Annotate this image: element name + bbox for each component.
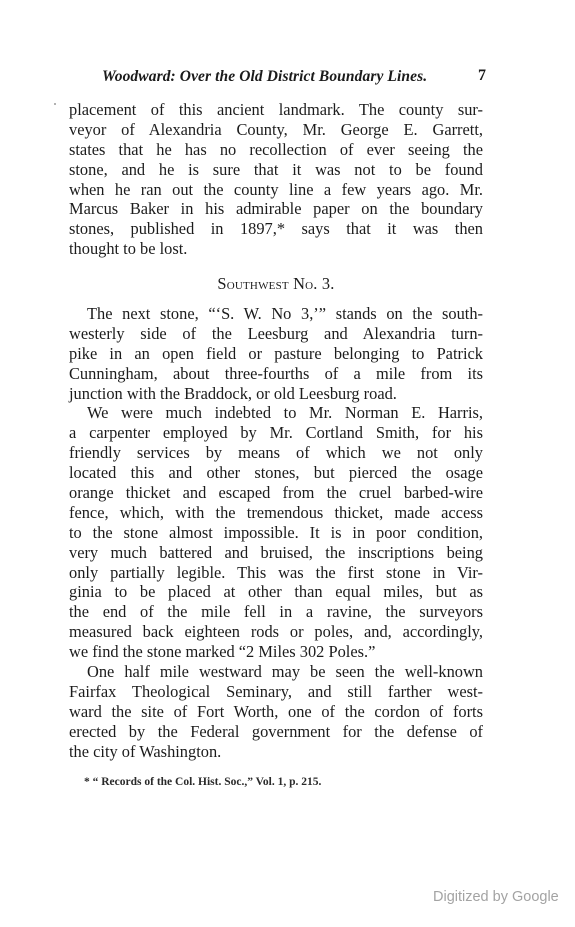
text-line: friendly services by means of which we n… [69,443,483,463]
text-line: to the stone almost impossible. It is in… [69,523,483,543]
text-line: placement of this ancient landmark. The … [69,100,483,120]
text-line: the end of the mile fell in a ravine, th… [69,602,483,622]
text-line: ward the site of Fort Worth, one of the … [69,702,483,722]
text-line: stones, published in 1897,* says that it… [69,219,483,239]
text-line: when he ran out the county line a few ye… [69,180,483,200]
scan-speck [54,103,56,105]
book-page: Woodward: Over the Old District Boundary… [0,0,575,927]
text-line: The next stone, “‘S. W. No 3,’” stands o… [69,304,483,324]
text-line: stone, and he is sure that it was not to… [69,160,483,180]
text-line: We were much indebted to Mr. Norman E. H… [69,403,483,423]
text-line: erected by the Federal government for th… [69,722,483,742]
page-number: 7 [478,67,486,85]
text-line: the city of Washington. [69,742,483,762]
running-head-title: Woodward: Over the Old District Boundary… [102,68,482,86]
text-line: thought to be lost. [69,239,483,259]
text-line: ginia to be placed at other than equal m… [69,582,483,602]
text-line: junction with the Braddock, or old Leesb… [69,384,483,404]
text-line: Cunningham, about three-fourths of a mil… [69,364,483,384]
body-text: placement of this ancient landmark. The … [69,100,483,762]
paragraph-continuation: placement of this ancient landmark. The … [69,100,483,259]
text-line: Fairfax Theological Seminary, and still … [69,682,483,702]
digitized-by-google-watermark: Digitized by Google [433,889,559,905]
text-line: pike in an open field or pasture belongi… [69,344,483,364]
text-line: veyor of Alexandria County, Mr. George E… [69,120,483,140]
text-line: One half mile westward may be seen the w… [69,662,483,682]
footnote: * “ Records of the Col. Hist. Soc.,” Vol… [84,776,321,788]
text-line: very much battered and bruised, the insc… [69,543,483,563]
text-line: we find the stone marked “2 Miles 302 Po… [69,642,483,662]
section-heading: Southwest No. 3. [69,274,483,294]
text-line: states that he has no recollection of ev… [69,140,483,160]
paragraph-next-stone: The next stone, “‘S. W. No 3,’” stands o… [69,304,483,403]
paragraph-indebted: We were much indebted to Mr. Norman E. H… [69,403,483,662]
text-line: fence, which, with the tremendous thicke… [69,503,483,523]
text-line: only partially legible. This was the fir… [69,563,483,583]
text-line: a carpenter employed by Mr. Cortland Smi… [69,423,483,443]
text-line: Marcus Baker in his admirable paper on t… [69,199,483,219]
text-line: located this and other stones, but pierc… [69,463,483,483]
text-line: measured back eighteen rods or poles, an… [69,622,483,642]
text-line: westerly side of the Leesburg and Alexan… [69,324,483,344]
paragraph-westward: One half mile westward may be seen the w… [69,662,483,761]
text-line: orange thicket and escaped from the crue… [69,483,483,503]
